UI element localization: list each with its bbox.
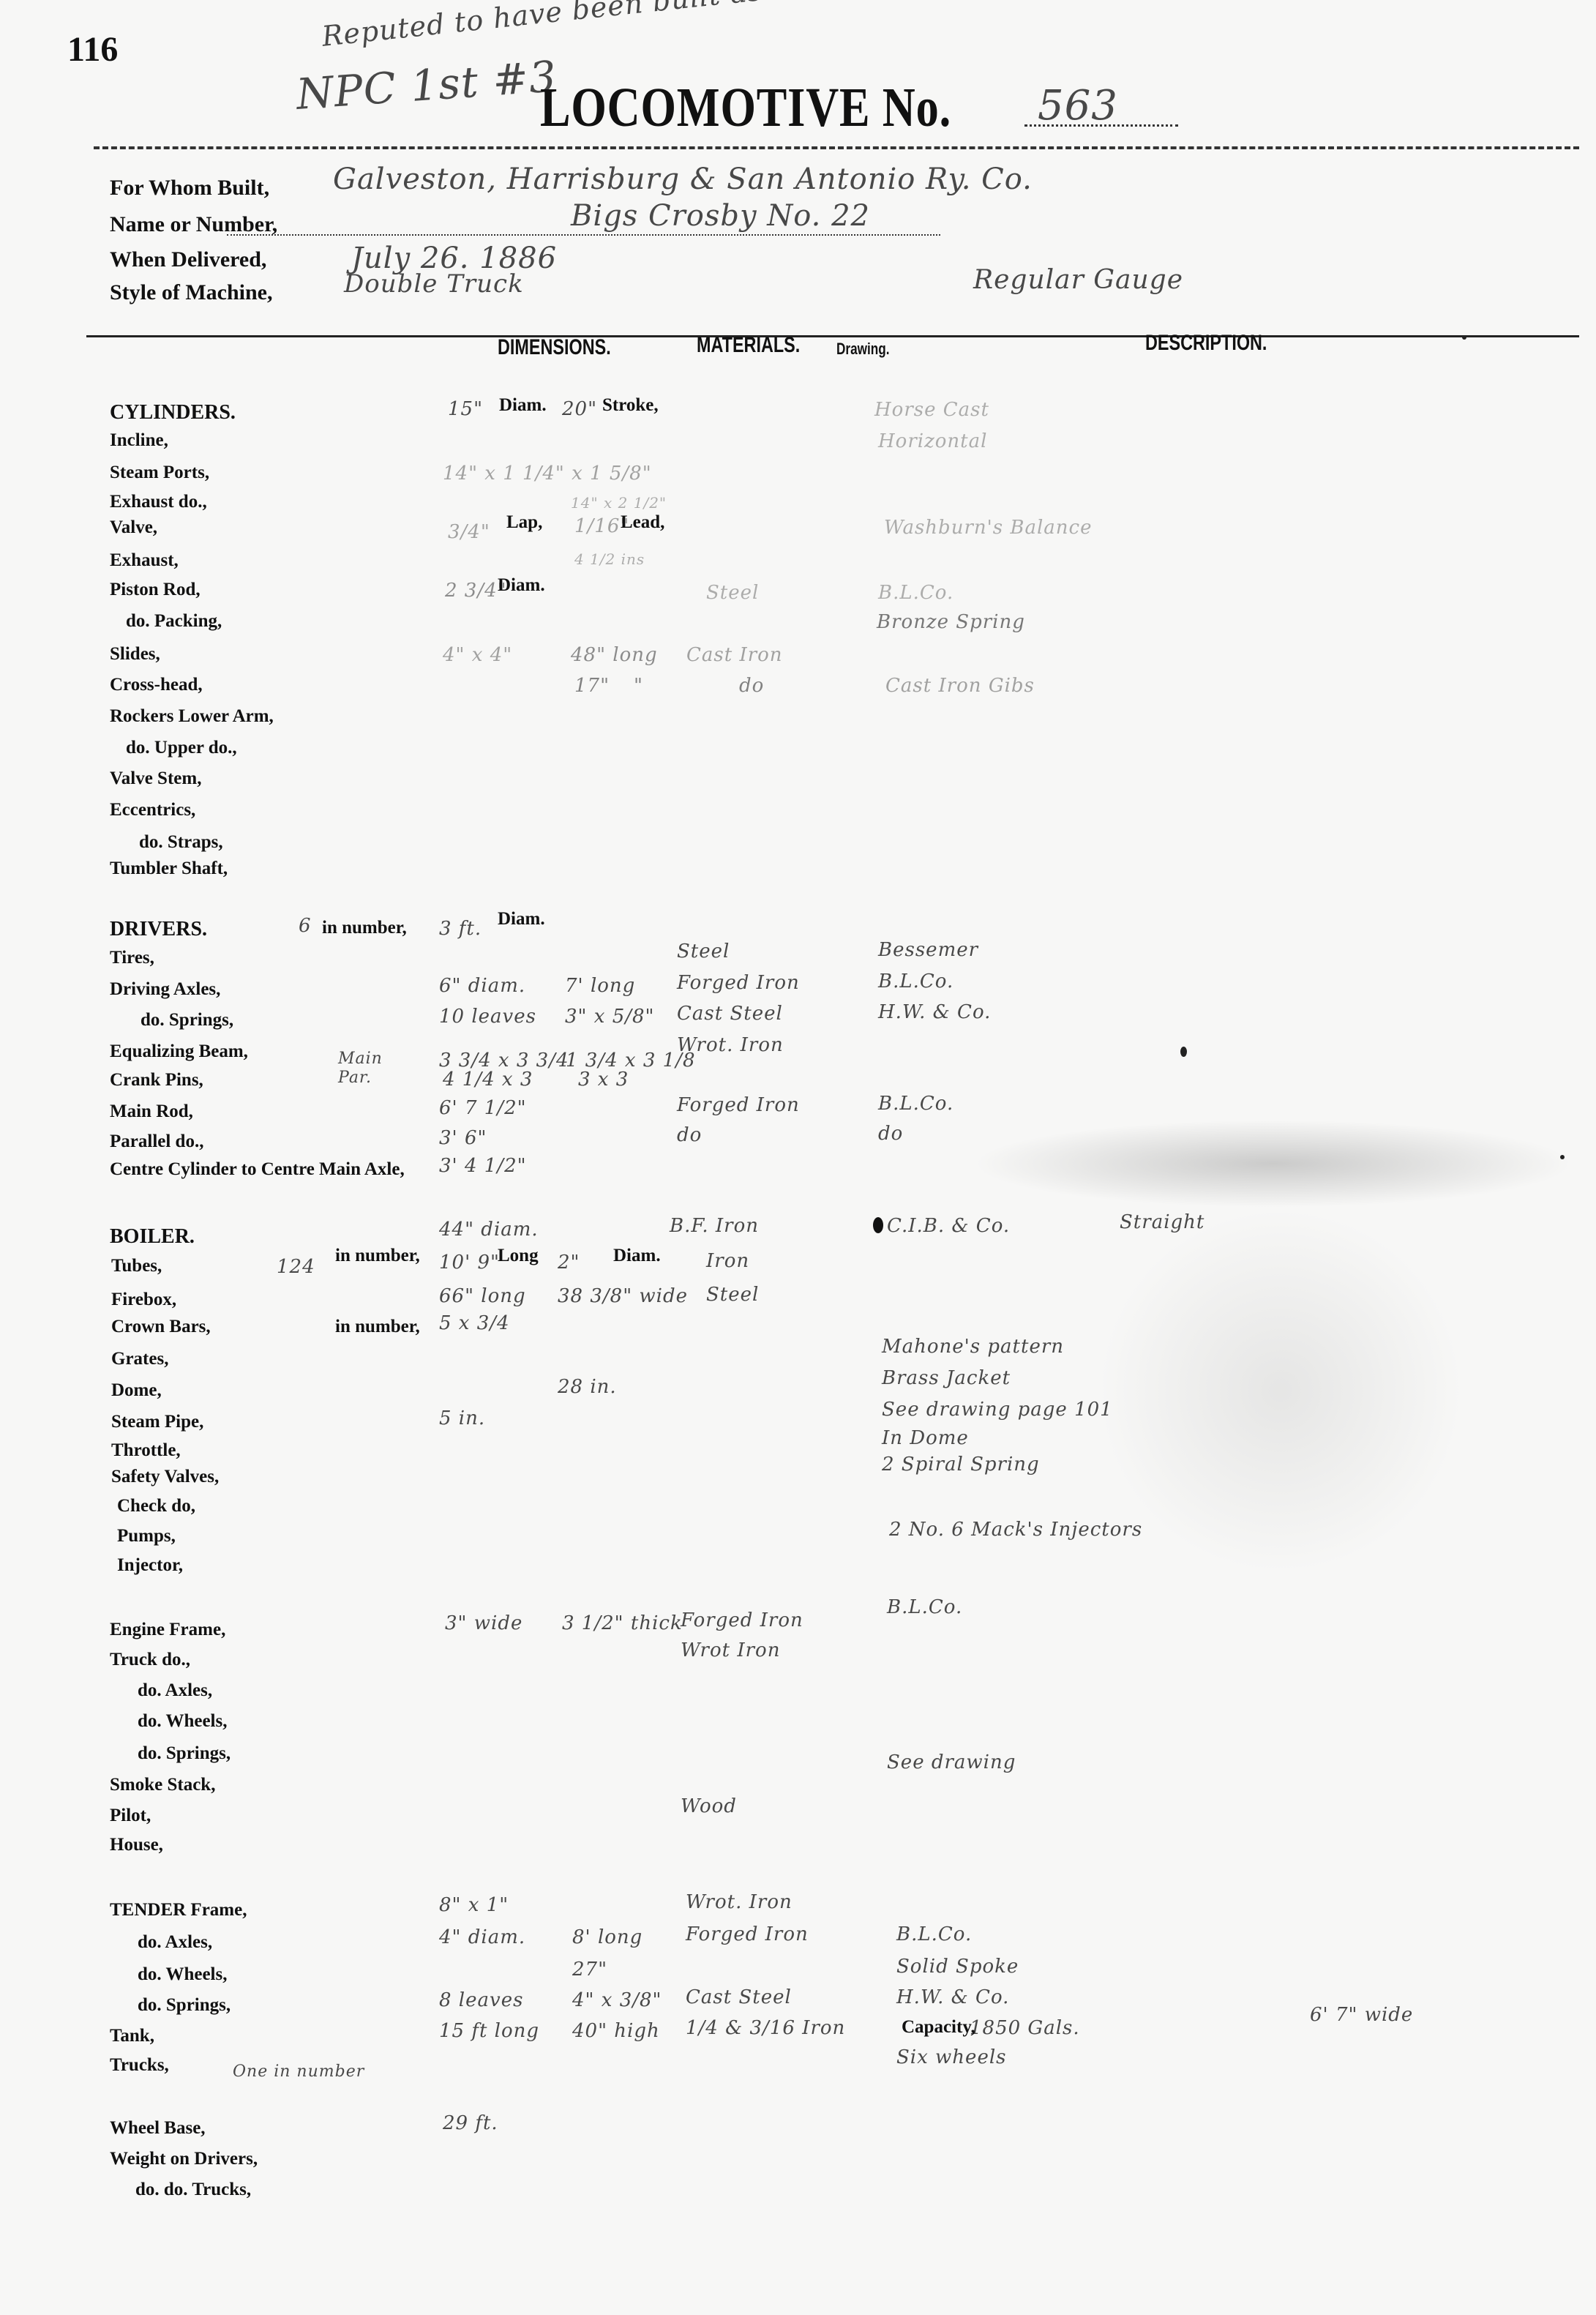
dimension-value: 10' 9" <box>439 1252 500 1274</box>
row-label: Crown Bars, <box>111 1317 211 1337</box>
description-value: See drawing page 101 <box>882 1399 1113 1421</box>
row-label: do. do. Trucks, <box>135 2180 251 2200</box>
dimension-value: 6' 7 1/2" <box>439 1097 527 1119</box>
section-drivers: DRIVERS. <box>110 918 207 941</box>
row-label: Crank Pins, <box>110 1070 203 1091</box>
description-value: 2 Spiral Spring <box>882 1454 1040 1476</box>
row-label: Firebox, <box>111 1290 176 1310</box>
slides-dim: 4" x 4" <box>443 644 512 666</box>
crank-par-dim: 4 1/4 x 3 <box>443 1069 533 1091</box>
cyl-valve-desc: Washburn's Balance <box>884 517 1093 539</box>
packing-desc: Bronze Spring <box>877 611 1025 633</box>
scan-smudge <box>973 1120 1573 1208</box>
row-label: Throttle, <box>111 1440 181 1461</box>
cyl-exhaust-ports-dim: 14" x 2 1/2" <box>571 494 667 512</box>
row-label: Trucks, <box>110 2055 169 2076</box>
value-style-of-machine: Double Truck <box>344 269 524 299</box>
tubes-diam-unit: Diam. <box>613 1246 661 1266</box>
handwritten-annotation: Reputed to have been built as <box>321 0 764 53</box>
header-rule <box>94 146 1579 149</box>
dimension-value-2: 4" x 3/8" <box>572 1989 662 2011</box>
row-label: do. Springs, <box>138 1995 231 2016</box>
page-title: LOCOMOTIVE No. <box>540 76 951 140</box>
crown-bars-in-number: in number, <box>335 1317 420 1337</box>
boiler-material: B.F. Iron <box>670 1215 759 1237</box>
speck <box>1560 1155 1565 1159</box>
value-gauge: Regular Gauge <box>973 265 1183 295</box>
cyl-stroke-value: 20" <box>562 398 597 420</box>
cyl-diam-unit: Diam. <box>499 395 547 416</box>
dimension-value-2: 27" <box>572 1959 607 1981</box>
row-label: Cross-head, <box>110 675 203 695</box>
tube-count: 124 <box>277 1256 315 1278</box>
dimension-value: 8 leaves <box>439 1989 523 2011</box>
material-value: Steel <box>677 940 730 962</box>
crosshead-dim: 17" <box>574 675 610 697</box>
row-label: Driving Axles, <box>110 979 220 1000</box>
piston-rod-diam-unit: Diam. <box>498 575 545 596</box>
row-label: do. Axles, <box>138 1680 212 1701</box>
label-name-or-number: Name or Number, <box>110 212 277 237</box>
row-label: Tumbler Shaft, <box>110 859 228 879</box>
row-label: do. Axles, <box>138 1932 212 1953</box>
description-value: Brass Jacket <box>882 1367 1011 1389</box>
section-boiler: BOILER. <box>110 1225 195 1249</box>
material-value: Iron <box>706 1250 749 1272</box>
row-label: do. Wheels, <box>138 1964 227 1985</box>
row-label: Injector, <box>117 1555 183 1576</box>
cyl-exhaust-note: 4 1/2 ins <box>574 550 645 568</box>
row-label: Valve, <box>110 517 157 538</box>
crosshead-material: do <box>739 675 764 697</box>
dimension-value: 8" x 1" <box>439 1894 509 1916</box>
description-value: B.L.Co. <box>878 970 954 992</box>
handwritten-annotation-builder: NPC 1st #3 <box>295 51 558 119</box>
dimension-value: 66" long <box>439 1285 526 1307</box>
cyl-lead-unit: Lead, <box>621 512 664 533</box>
material-value: Wrot. Iron <box>686 1891 793 1913</box>
dimension-value: 5 in. <box>439 1407 485 1429</box>
name-dotted-line <box>227 234 940 236</box>
speck <box>1180 1047 1187 1057</box>
trucks-count-note: One in number <box>233 2062 364 2081</box>
material-value: 1/4 & 3/16 Iron <box>686 2017 845 2039</box>
slides-material: Cast Iron <box>686 644 783 666</box>
dimension-value-2: 2" <box>558 1252 580 1274</box>
dimension-value-2: 3 1/2" thick <box>562 1612 683 1634</box>
drivers-diam-value: 3 ft. <box>439 918 482 940</box>
material-value: do <box>677 1124 702 1146</box>
tubes-in-number: in number, <box>335 1246 420 1266</box>
cyl-stroke-unit: Stroke, <box>602 395 659 416</box>
material-value: Wrot Iron <box>681 1639 780 1661</box>
label-style-of-machine: Style of Machine, <box>110 280 272 305</box>
material-value: Forged Iron <box>677 972 800 994</box>
row-label: do. Springs, <box>141 1010 233 1031</box>
row-label: Tank, <box>110 2026 154 2046</box>
column-materials: MATERIALS. <box>697 333 800 358</box>
description-value: See drawing <box>887 1751 1016 1773</box>
number-dotted-line <box>1024 124 1178 127</box>
row-label: Tubes, <box>111 1256 162 1276</box>
row-label: Centre Cylinder to Centre Main Axle, <box>110 1159 405 1180</box>
row-label: House, <box>110 1835 163 1855</box>
dimension-value-2: 8' long <box>572 1926 642 1948</box>
row-label: Valve Stem, <box>110 768 201 789</box>
row-label: Pumps, <box>117 1526 176 1547</box>
ink-blot <box>873 1217 883 1233</box>
row-label: Rockers Lower Arm, <box>110 706 274 727</box>
dimension-value: 3' 6" <box>439 1127 487 1149</box>
dimension-value: 3' 4 1/2" <box>439 1155 527 1177</box>
row-label: Dome, <box>111 1380 162 1401</box>
crosshead-ditto: " <box>634 675 643 697</box>
description-value: B.L.Co. <box>887 1596 962 1618</box>
row-label: Steam Ports, <box>110 463 209 483</box>
boiler-diam: 44" diam. <box>439 1219 539 1241</box>
drivers-diam-unit: Diam. <box>498 909 545 930</box>
piston-rod-desc: B.L.Co. <box>878 582 954 604</box>
column-dimensions: DIMENSIONS. <box>498 335 611 360</box>
dimension-value: 3" wide <box>445 1612 522 1634</box>
description-value: In Dome <box>882 1427 969 1449</box>
material-value: Steel <box>706 1284 759 1306</box>
row-label: Tires, <box>110 948 154 968</box>
crosshead-desc: Cast Iron Gibs <box>885 675 1035 697</box>
boiler-desc: C.I.B. & Co. <box>887 1215 1010 1237</box>
cyl-steam-ports-dim: 14" x 1 1/4" x 1 5/8" <box>443 463 652 485</box>
row-label: Smoke Stack, <box>110 1775 215 1795</box>
dimension-value-2: 28 in. <box>558 1376 617 1398</box>
label-when-delivered: When Delivered, <box>110 247 266 272</box>
slides-long: 48" long <box>571 644 658 666</box>
material-value: Cast Steel <box>686 1986 792 2008</box>
value-name-or-number: Bigs Crosby No. 22 <box>571 199 870 233</box>
cyl-lap-value: 3/4" <box>448 521 490 543</box>
drivers-in-number: in number, <box>322 918 407 938</box>
drivers-count: 6 <box>299 915 312 937</box>
description-value: Bessemer <box>878 939 978 961</box>
row-label: Parallel do., <box>110 1132 203 1152</box>
cyl-description: Horse Cast <box>874 399 989 421</box>
description-value: Mahone's pattern <box>882 1336 1064 1358</box>
row-label: Safety Valves, <box>111 1467 219 1487</box>
row-label: Exhaust, <box>110 550 179 571</box>
dimension-value-2: 3" x 5/8" <box>565 1006 655 1028</box>
row-label: Eccentrics, <box>110 800 195 820</box>
cyl-incline-desc: Horizontal <box>878 430 987 452</box>
row-label: Grates, <box>111 1349 168 1369</box>
material-value: Cast Steel <box>677 1003 783 1025</box>
material-value: Wood <box>681 1795 737 1817</box>
description-value: Six wheels <box>896 2046 1007 2068</box>
dimension-value-2: 40" high <box>572 2020 660 2042</box>
tubes-long-unit: Long <box>498 1246 539 1266</box>
tank-capacity-value: 1850 Gals. <box>970 2017 1080 2039</box>
dimension-value-2: 7' long <box>565 975 635 997</box>
description-value: H.W. & Co. <box>896 1986 1009 2008</box>
row-label: Check do, <box>117 1496 195 1516</box>
row-label: Exhaust do., <box>110 492 207 512</box>
row-label: Incline, <box>110 430 168 451</box>
row-label: TENDER Frame, <box>110 1900 247 1921</box>
row-label: Weight on Drivers, <box>110 2149 258 2169</box>
description-value: H.W. & Co. <box>878 1001 991 1023</box>
piston-rod-material: Steel <box>706 582 759 604</box>
cyl-lap-unit: Lap, <box>506 512 542 533</box>
row-label: do. Packing, <box>126 611 222 632</box>
row-label: do. Upper do., <box>126 738 237 758</box>
description-value: Solid Spoke <box>896 1956 1019 1978</box>
section-cylinders: CYLINDERS. <box>110 401 236 425</box>
column-drawing: Drawing. <box>836 340 889 359</box>
dimension-value: 15 ft long <box>439 2020 539 2042</box>
row-label: Truck do., <box>110 1650 190 1670</box>
material-value: Forged Iron <box>677 1094 800 1116</box>
tank-capacity-label: Capacity, <box>902 2017 975 2038</box>
row-label: do. Springs, <box>138 1743 231 1764</box>
row-label: Steam Pipe, <box>111 1412 203 1432</box>
description-value: do <box>878 1123 903 1145</box>
page-number: 116 <box>67 29 118 70</box>
description-value: B.L.Co. <box>878 1093 954 1115</box>
crank-main-label: Main <box>338 1050 383 1068</box>
row-label: Main Rod, <box>110 1102 193 1122</box>
row-label: Engine Frame, <box>110 1620 225 1640</box>
row-label: Piston Rod, <box>110 580 201 600</box>
label-for-whom-built: For Whom Built, <box>110 176 269 201</box>
dimension-value: 29 ft. <box>443 2112 498 2134</box>
dimension-value-2: 38 3/8" wide <box>558 1285 688 1307</box>
locomotive-number: 563 <box>1038 82 1118 130</box>
crank-par-dim-2: 3 x 3 <box>578 1069 629 1091</box>
cyl-diam-value: 15" <box>448 398 483 420</box>
crank-par-label: Par. <box>338 1069 372 1087</box>
row-label: do. Straps, <box>139 832 223 853</box>
speck <box>1462 335 1466 340</box>
column-rule <box>86 335 1579 337</box>
dimension-value: 5 x 3/4 <box>439 1312 510 1334</box>
material-value: Forged Iron <box>686 1923 809 1945</box>
row-label: Pilot, <box>110 1806 151 1826</box>
description-value: B.L.Co. <box>896 1923 972 1945</box>
row-label: Equalizing Beam, <box>110 1041 248 1062</box>
column-description: DESCRIPTION. <box>1145 331 1267 356</box>
dimension-value: 6" diam. <box>439 975 525 997</box>
tank-width-value: 6' 7" wide <box>1310 2004 1413 2026</box>
row-label: Slides, <box>110 644 160 665</box>
dimension-value: 4" diam. <box>439 1926 525 1948</box>
row-label: Wheel Base, <box>110 2118 206 2139</box>
row-label: do. Wheels, <box>138 1711 227 1732</box>
scan-smudge <box>1098 1208 1464 1574</box>
dimension-value: 10 leaves <box>439 1006 536 1028</box>
material-value: Forged Iron <box>681 1609 803 1631</box>
value-for-whom-built: Galveston, Harrisburg & San Antonio Ry. … <box>333 162 1033 196</box>
